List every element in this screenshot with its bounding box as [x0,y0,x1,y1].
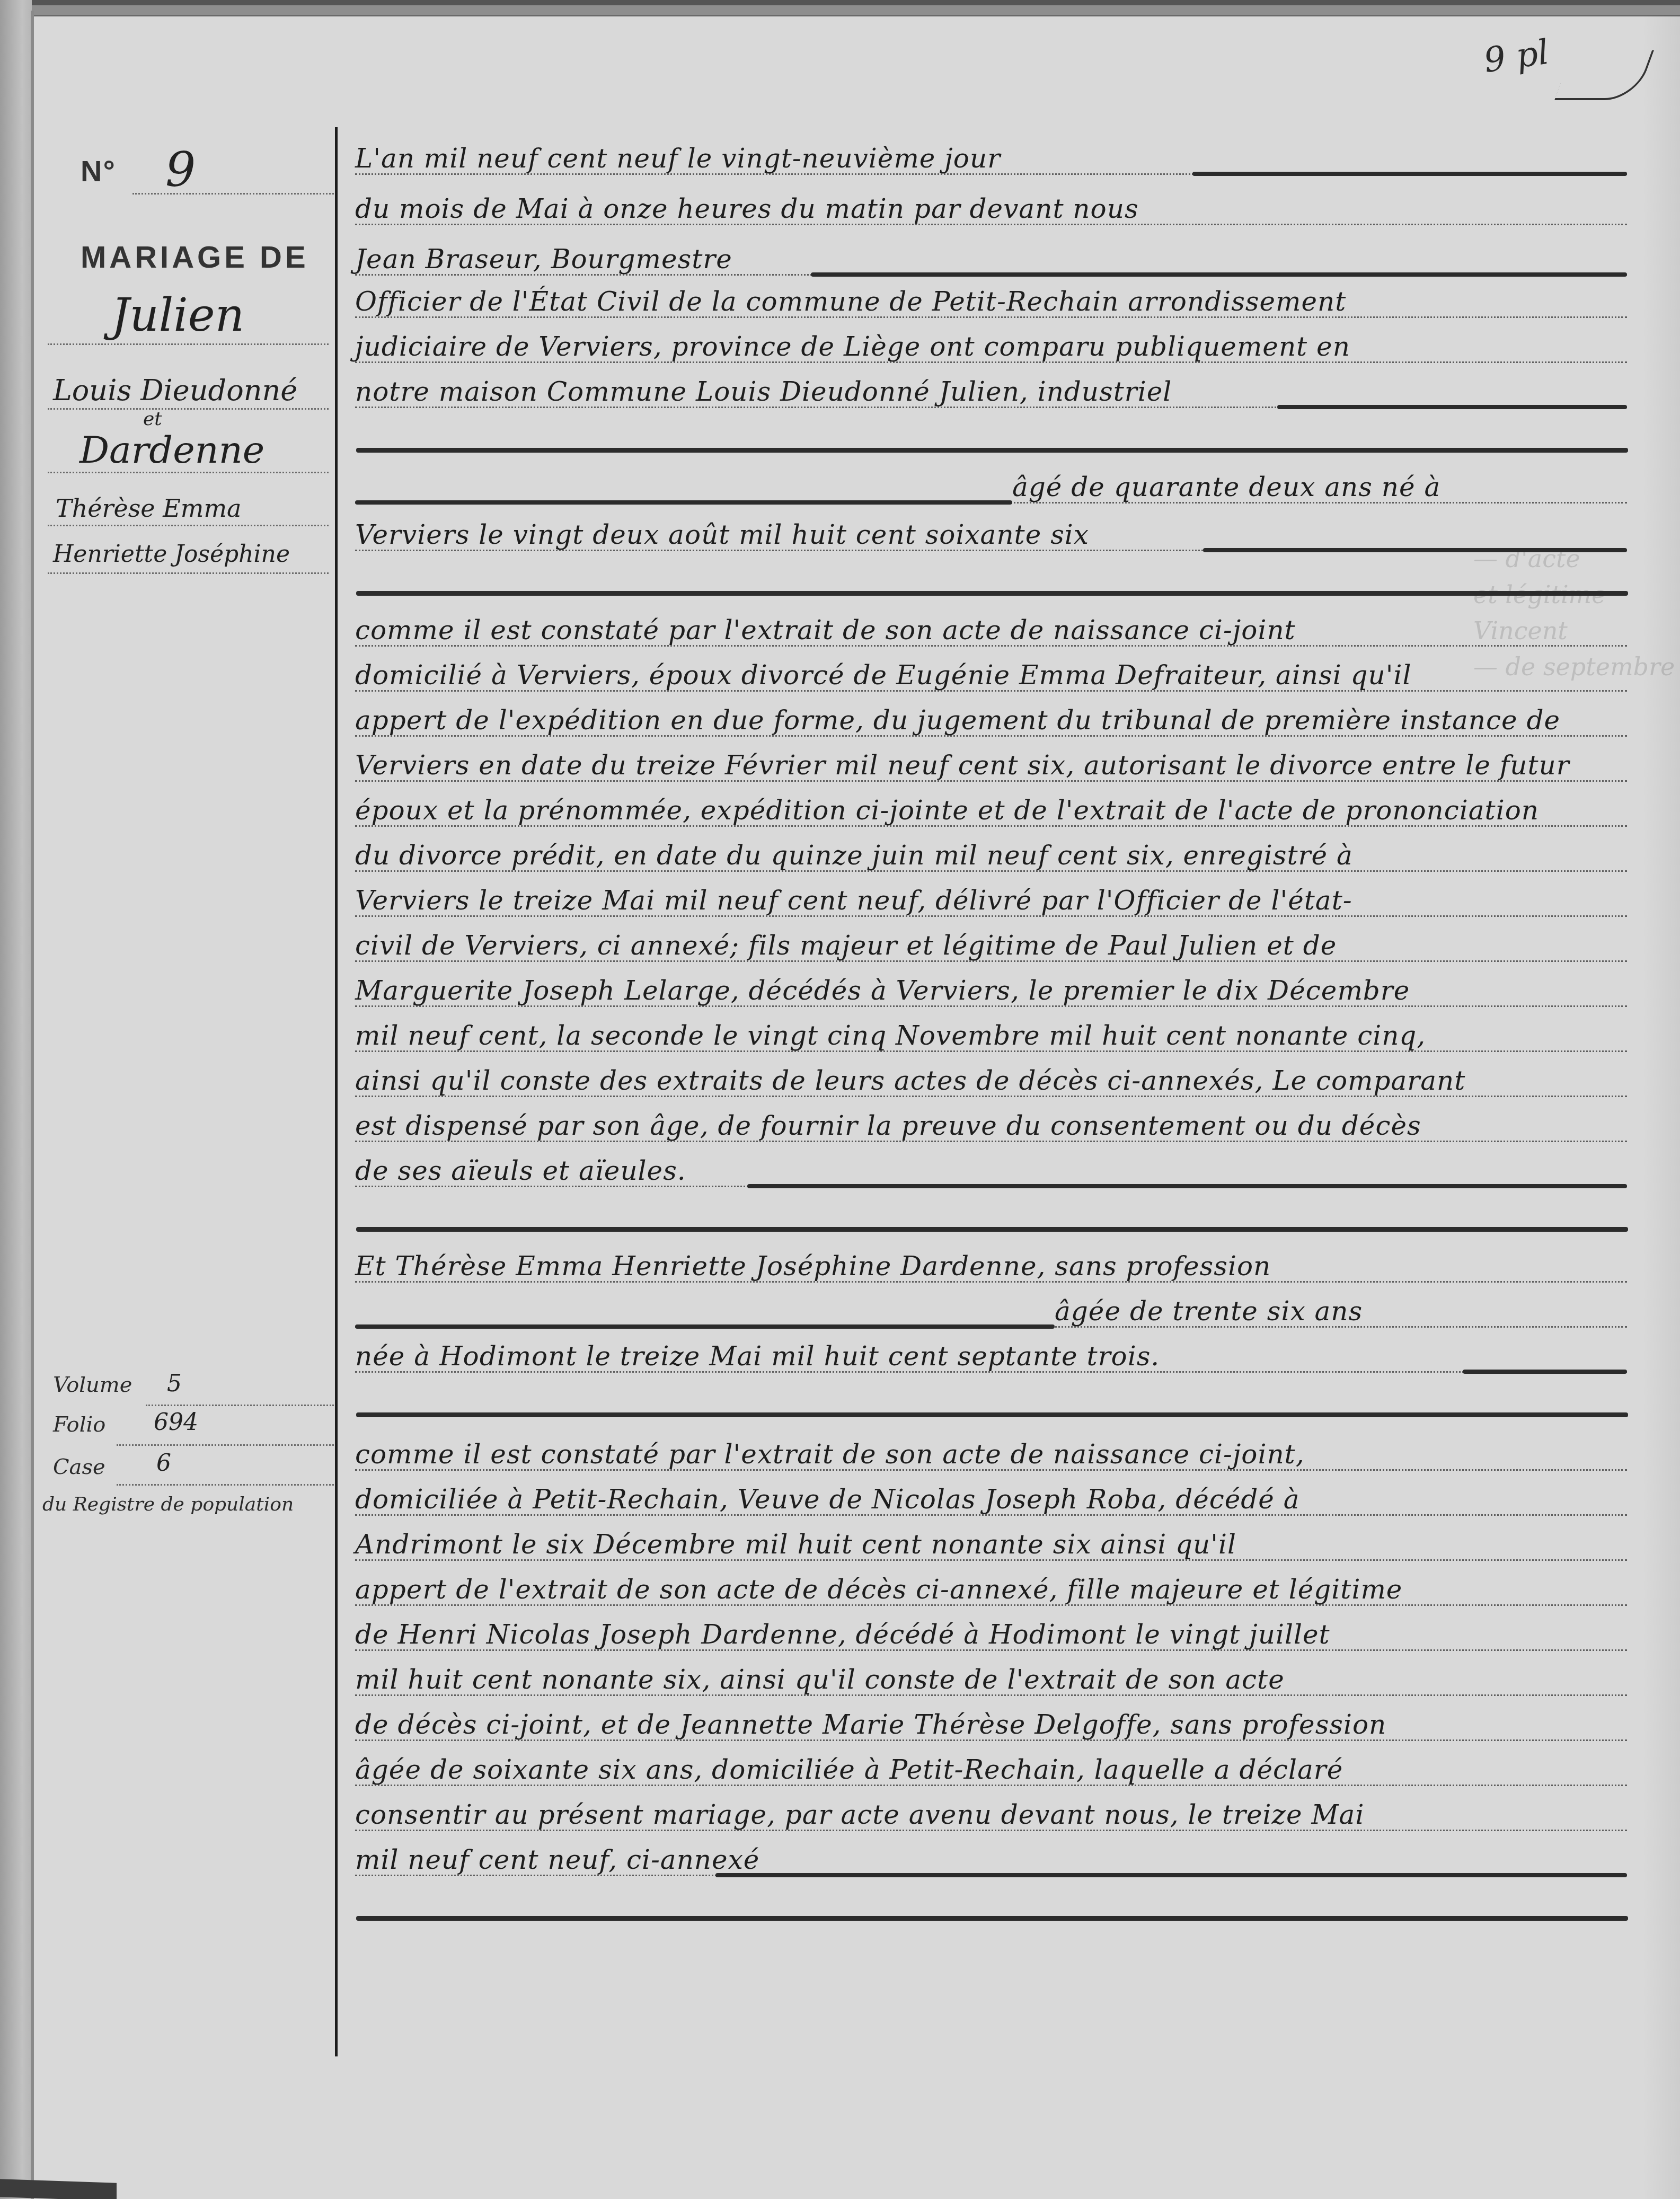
text-line: domiciliée à Petit-Rechain, Veuve de Nic… [344,1473,1627,1521]
handwritten-text: née à Hodimont le treize Mai mil huit ce… [355,1341,1160,1372]
ruled-line [356,1227,1628,1232]
text-line: domicilié à Verviers, époux divorcé de E… [344,649,1627,697]
text-line: de ses aïeuls et aïeules. [344,1145,1627,1193]
page-shadow [1643,15,1680,2199]
folio-label: Folio [53,1412,105,1437]
handwritten-text: est dispensé par son âge, de fournir la … [355,1110,1421,1141]
handwritten-text: judiciaire de Verviers, province de Lièg… [355,331,1350,362]
handwritten-text: âgée de trente six ans [1055,1296,1363,1327]
filler-line [747,1184,1627,1188]
entry-number: 9 [165,142,196,198]
handwritten-text: Verviers le vingt deux août mil huit cen… [355,519,1089,550]
column-divider [335,127,338,2056]
volume-label: Volume [53,1373,132,1397]
handwritten-text: comme il est constaté par l'extrait de s… [355,615,1296,646]
filler-line [355,500,1012,505]
filler-line [1463,1370,1627,1374]
text-line: époux et la prénommée, expédition ci-joi… [344,784,1627,832]
dotted-line [132,193,334,195]
handwritten-text: Verviers le treize Mai mil neuf cent neu… [355,885,1352,916]
text-line: Officier de l'État Civil de la commune d… [344,276,1627,323]
handwritten-text: appert de l'expédition en due forme, du … [355,705,1560,736]
ruled-line [356,1412,1628,1417]
text-line: âgé de quarante deux ans né à [344,461,1627,509]
text-line: Verviers le treize Mai mil neuf cent neu… [344,875,1627,922]
filler-line [355,1324,1055,1329]
spine-line [31,11,34,2199]
text-line: du mois de Mai à onze heures du matin pa… [344,183,1627,231]
handwritten-text: ainsi qu'il conste des extraits de leurs… [355,1065,1465,1096]
handwritten-text: âgée de soixante six ans, domiciliée à P… [355,1754,1343,1785]
handwritten-text: de Henri Nicolas Joseph Dardenne, décédé… [355,1619,1330,1650]
dotted-line [48,408,329,410]
entry-number-label: N° [81,154,116,188]
handwritten-text: Verviers en date du treize Février mil n… [355,750,1570,781]
handwritten-text: mil neuf cent neuf, ci-annexé [355,1844,759,1875]
text-line: judiciaire de Verviers, province de Lièg… [344,321,1627,368]
book-spine [0,0,32,2199]
bride-surname: Dardenne [79,428,264,472]
handwritten-text: comme il est constaté par l'extrait de s… [355,1439,1305,1470]
filler-line [715,1873,1627,1877]
text-line: Et Thérèse Emma Henriette Joséphine Dard… [344,1240,1627,1288]
text-line: de Henri Nicolas Joseph Dardenne, décédé… [344,1609,1627,1656]
text-line: notre maison Commune Louis Dieudonné Jul… [344,366,1627,413]
bride-given-names-1: Thérèse Emma [56,494,241,523]
ruled-line [356,448,1628,453]
handwritten-text: mil neuf cent, la seconde le vingt cinq … [355,1020,1426,1051]
marriage-heading: MARIAGE DE [81,240,309,275]
dotted-line [117,1444,334,1446]
handwritten-text: Marguerite Joseph Lelarge, décédés à Ver… [355,975,1410,1006]
handwritten-text: du divorce prédit, en date du quinze jui… [355,840,1353,871]
handwritten-text: Andrimont le six Décembre mil huit cent … [355,1529,1236,1560]
handwritten-text: de décès ci-joint, et de Jeannette Marie… [355,1709,1386,1740]
bride-given-names-2: Henriette Joséphine [53,541,290,568]
text-line: appert de l'expédition en due forme, du … [344,694,1627,742]
handwritten-text: Jean Braseur, Bourgmestre [355,244,732,275]
groom-surname: Julien [111,289,244,342]
page-top-edge [32,5,1680,16]
text-line: de décès ci-joint, et de Jeannette Marie… [344,1699,1627,1746]
conjunction: et [143,408,162,430]
dotted-line [48,525,329,526]
handwritten-text: appert de l'extrait de son acte de décès… [355,1574,1402,1605]
volume-value: 5 [167,1370,182,1397]
handwritten-text: civil de Verviers, ci annexé; fils majeu… [355,930,1337,961]
ruled-line [356,591,1628,596]
groom-given-names: Louis Dieudonné [53,374,297,407]
handwritten-text: notre maison Commune Louis Dieudonné Jul… [355,376,1172,407]
handwritten-text: mil huit cent nonante six, ainsi qu'il c… [355,1664,1285,1695]
filler-line [1192,172,1627,176]
dotted-line [48,472,329,473]
text-line: consentir au présent mariage, par acte a… [344,1789,1627,1836]
handwritten-text: du mois de Mai à onze heures du matin pa… [355,193,1139,224]
text-line: ainsi qu'il conste des extraits de leurs… [344,1055,1627,1102]
filler-line [1203,548,1627,552]
text-line: comme il est constaté par l'extrait de s… [344,1428,1627,1476]
handwritten-text: époux et la prénommée, expédition ci-joi… [355,795,1539,826]
handwritten-text: Et Thérèse Emma Henriette Joséphine Dard… [355,1251,1271,1282]
dotted-line [48,343,329,345]
handwritten-text: domicilié à Verviers, époux divorcé de E… [355,660,1412,691]
handwritten-text: L'an mil neuf cent neuf le vingt-neuvièm… [355,143,1001,174]
text-line: mil huit cent nonante six, ainsi qu'il c… [344,1654,1627,1701]
register-footer: du Registre de population [42,1494,294,1515]
handwritten-text: de ses aïeuls et aïeules. [355,1155,686,1186]
dotted-line [48,572,329,574]
text-line: mil neuf cent, la seconde le vingt cinq … [344,1010,1627,1057]
handwritten-text: âgé de quarante deux ans né à [1012,472,1440,502]
text-line: mil neuf cent neuf, ci-annexé [344,1834,1627,1882]
text-line: appert de l'extrait de son acte de décès… [344,1564,1627,1611]
folio-value: 694 [154,1409,198,1436]
case-label: Case [53,1455,105,1479]
text-line: Marguerite Joseph Lelarge, décédés à Ver… [344,965,1627,1012]
text-line: du divorce prédit, en date du quinze jui… [344,829,1627,877]
text-line: civil de Verviers, ci annexé; fils majeu… [344,920,1627,967]
text-line: Jean Braseur, Bourgmestre [344,233,1627,281]
case-value: 6 [156,1450,171,1477]
text-line: âgée de soixante six ans, domiciliée à P… [344,1744,1627,1791]
ruled-line [356,1916,1628,1921]
filler-line [1277,405,1627,409]
text-line: Verviers en date du treize Février mil n… [344,739,1627,787]
dotted-line [146,1405,334,1406]
handwritten-text: domiciliée à Petit-Rechain, Veuve de Nic… [355,1484,1300,1515]
handwritten-text: Officier de l'État Civil de la commune d… [355,286,1346,317]
text-line: Verviers le vingt deux août mil huit cen… [344,509,1627,557]
handwritten-text: consentir au présent mariage, par acte a… [355,1799,1364,1830]
text-line: L'an mil neuf cent neuf le vingt-neuvièm… [344,133,1627,180]
book-corner [0,2179,117,2199]
text-line: Andrimont le six Décembre mil huit cent … [344,1518,1627,1566]
text-line: née à Hodimont le treize Mai mil huit ce… [344,1330,1627,1378]
text-line: âgée de trente six ans [344,1285,1627,1333]
text-line: est dispensé par son âge, de fournir la … [344,1100,1627,1147]
dotted-line [117,1484,334,1486]
text-line: comme il est constaté par l'extrait de s… [344,604,1627,652]
